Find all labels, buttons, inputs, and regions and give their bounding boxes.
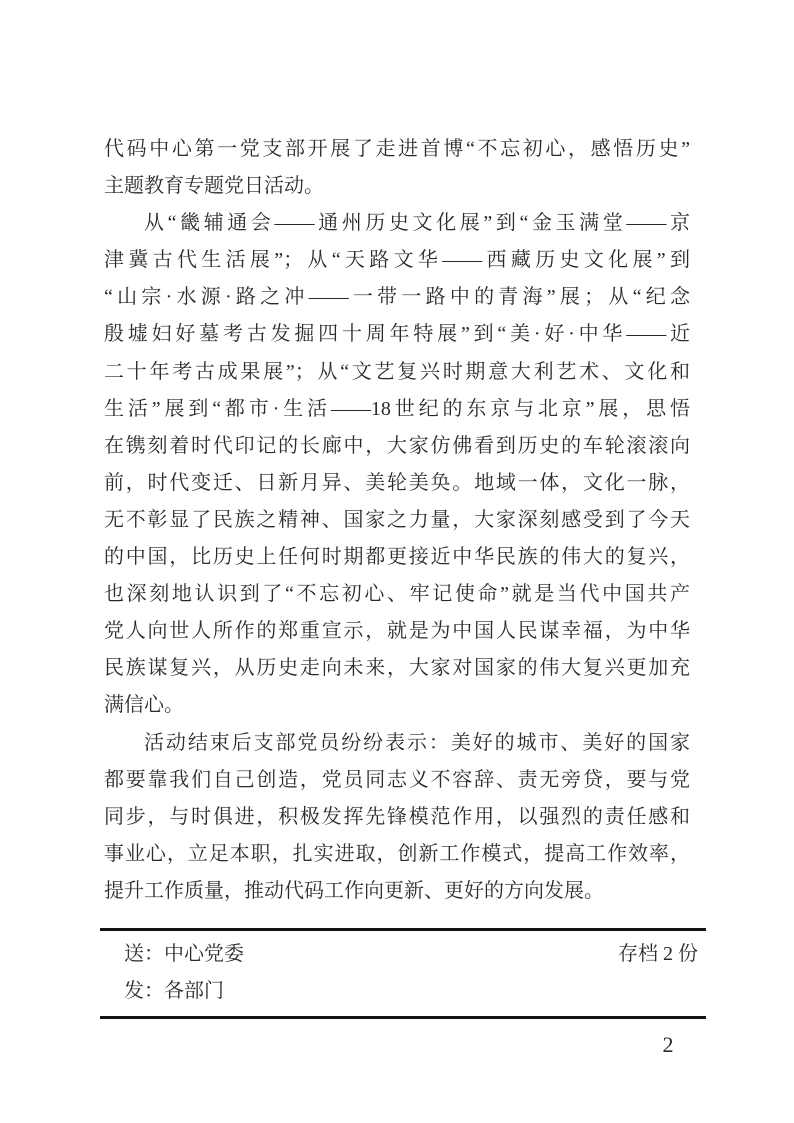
body-line: 代码中心第一党支部开展了走进首博“不忘初心，感悟历史” (104, 131, 690, 168)
body-line: 满信心。 (104, 687, 690, 724)
page-number: 2 (650, 1032, 686, 1058)
body-line: 党人向世人所作的郑重宣示，就是为中国人民谋幸福，为中华 (104, 613, 690, 650)
body-line: 提升工作质量，推动代码工作向更新、更好的方向发展。 (104, 873, 690, 910)
body-line: 殷墟妇好墓考古发掘四十周年特展”到“美·好·中华——近 (104, 316, 690, 353)
body-line: 都要靠我们自己创造，党员同志义不容辞、责无旁贷，要与党 (104, 762, 690, 799)
body-line: 事业心，立足本职，扎实进取，创新工作模式，提高工作效率， (104, 836, 690, 873)
document-body: 代码中心第一党支部开展了走进首博“不忘初心，感悟历史” 主题教育专题党日活动。 … (104, 131, 690, 910)
body-line: 活动结束后支部党员纷纷表示：美好的城市、美好的国家 (104, 725, 690, 762)
body-line: 二十年考古成果展”；从“文艺复兴时期意大利艺术、文化和 (104, 354, 690, 391)
body-line: 生活”展到“都市·生活——18世纪的东京与北京”展，思悟 (104, 391, 690, 428)
body-line: “山宗·水源·路之冲——一带一路中的青海”展；从“纪念 (104, 279, 690, 316)
distribution-footer: 送：中心党委 存档 2 份 发：各部门 (100, 928, 706, 1019)
send-to-label: 送：中心党委 (124, 936, 244, 973)
body-line: 主题教育专题党日活动。 (104, 168, 690, 205)
issue-to-label: 发：各部门 (124, 973, 224, 1010)
body-line: 同步，与时俱进，积极发挥先锋模范作用，以强烈的责任感和 (104, 799, 690, 836)
archive-count-label: 存档 2 份 (618, 936, 698, 973)
body-line: 无不彰显了民族之精神、国家之力量，大家深刻感受到了今天 (104, 502, 690, 539)
body-line: 前，时代变迁、日新月异、美轮美奂。地域一体，文化一脉， (104, 465, 690, 502)
body-line: 的中国，比历史上任何时期都更接近中华民族的伟大的复兴， (104, 539, 690, 576)
body-line: 从“畿辅通会——通州历史文化展”到“金玉满堂——京 (104, 205, 690, 242)
document-page: 代码中心第一党支部开展了走进首博“不忘初心，感悟历史” 主题教育专题党日活动。 … (0, 0, 794, 1123)
issue-to-line: 发：各部门 (100, 973, 706, 1010)
body-line: 民族谋复兴，从历史走向未来，大家对国家的伟大复兴更加充 (104, 650, 690, 687)
body-line: 也深刻地认识到了“不忘初心、牢记使命”就是当代中国共产 (104, 576, 690, 613)
send-to-line: 送：中心党委 存档 2 份 (100, 936, 706, 973)
body-line: 在镌刻着时代印记的长廊中，大家仿佛看到历史的车轮滚滚向 (104, 428, 690, 465)
body-line: 津冀古代生活展”；从“天路文华——西藏历史文化展”到 (104, 242, 690, 279)
